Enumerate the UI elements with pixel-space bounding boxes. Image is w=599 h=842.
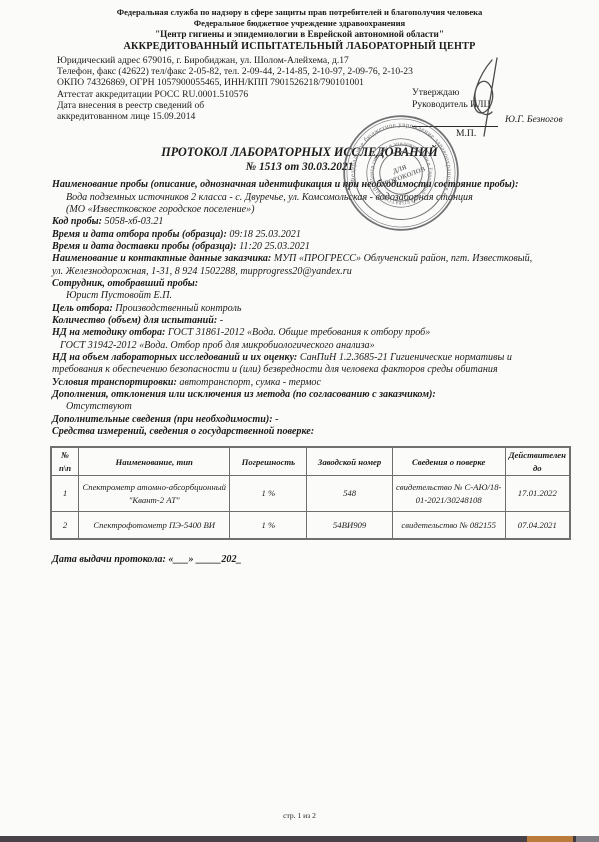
sampling-time-label: Время и дата отбора пробы (образца): [52,229,227,240]
col-verification: Сведения о поверке [392,447,505,475]
nd-sampling-label: НД на методику отбора: [52,327,165,338]
table-header-row: № п\п Наименование, тип Погрешность Заво… [51,447,570,475]
col-num: № п\п [51,447,78,475]
employee-value: Юрист Пустовойт Е.П. [52,290,571,302]
field-sampling-time: Время и дата отбора пробы (образца): 09:… [52,229,571,241]
sample-code-value: 5058-хб-03.21 [105,216,164,227]
letterhead-line3: "Центр гигиены и эпидемиологии в Еврейск… [0,29,599,40]
delivery-time-value: 11:20 25.03.2021 [239,241,310,252]
cell-serial: 548 [307,476,392,512]
field-customer: Наименование и контактные данные заказчи… [52,253,571,265]
field-additions: Дополнения, отклонения или исключения из… [52,389,571,401]
letterhead-line1: Федеральная служба по надзору в сфере за… [0,0,599,18]
instruments-caption: Средства измерений, сведения о государст… [52,426,571,438]
quantity-value: - [220,315,223,326]
nd-scope-label: НД на объем лабораторных исследований и … [52,352,297,363]
customer-value1: МУП «ПРОГРЕСС» Облученский район, пгт. И… [274,253,532,264]
nd-scope-value1: СанПиН 1.2.3685-21 Гигиенические нормати… [300,352,512,363]
protocol-title: ПРОТОКОЛ ЛАБОРАТОРНЫХ ИССЛЕДОВАНИЙ № 151… [0,146,599,174]
cell-name: Спектрофотометр ПЭ-5400 ВИ [78,512,229,539]
document-page: Федеральная служба по надзору в сфере за… [0,0,599,842]
transport-label: Условия транспортировки: [52,377,177,388]
field-quantity: Количество (объем) для испытаний: - [52,315,571,327]
cell-num: 2 [51,512,78,539]
field-purpose: Цель отбора: Производственный контроль [52,303,571,315]
letterhead-line2: Федеральное бюджетное учреждение здравоо… [0,18,599,29]
nd-sampling-value2: ГОСТ 31942-2012 «Вода. Отбор проб для ми… [52,340,571,352]
issue-date-label: Дата выдачи протокола: [52,554,166,565]
cell-name: Спектрометр атомно-абсорбционный "Квант-… [78,476,229,512]
col-name: Наименование, тип [78,447,229,475]
cell-error: 1 % [230,476,307,512]
issue-date-line: Дата выдачи протокола: «___» _____202_ [52,554,571,566]
cell-num: 1 [51,476,78,512]
cell-verification: свидетельство № С-АЮ/18-01-2021/30248108 [392,476,505,512]
field-employee: Сотрудник, отобравший пробы: [52,278,571,290]
additions-label: Дополнения, отклонения или исключения из… [52,389,436,400]
col-valid-until: Действителен до [505,447,570,475]
field-nd-sampling: НД на методику отбора: ГОСТ 31861-2012 «… [52,327,571,339]
table-row: 2 Спектрофотометр ПЭ-5400 ВИ 1 % 54ВИ909… [51,512,570,539]
protocol-body: Наименование пробы (описание, однозначна… [52,179,571,566]
extra-label: Дополнительные сведения (при необходимос… [52,414,278,425]
protocol-number: № 1513 от 30.03.2021 [0,161,599,174]
transport-value: автотранспорт, сумка - термос [179,377,321,388]
letterhead-line4: АККРЕДИТОВАННЫЙ ИСПЫТАТЕЛЬНЫЙ ЛАБОРАТОРН… [0,40,599,52]
cell-valid-until: 17.01.2022 [505,476,570,512]
purpose-label: Цель отбора: [52,303,113,314]
field-delivery-time: Время и дата доставки пробы (образца): 1… [52,241,571,253]
customer-value2: ул. Железнодорожная, 1-31, 8 924 1502288… [52,266,571,278]
delivery-time-label: Время и дата доставки пробы (образца): [52,241,237,252]
cell-verification: свидетельство № 082155 [392,512,505,539]
customer-label: Наименование и контактные данные заказчи… [52,253,271,264]
field-transport: Условия транспортировки: автотранспорт, … [52,377,571,389]
instruments-table: № п\п Наименование, тип Погрешность Заво… [50,446,571,539]
field-sample-name: Наименование пробы (описание, однозначна… [52,179,571,191]
table-row: 1 Спектрометр атомно-абсорбционный "Кван… [51,476,570,512]
signature-stroke [474,60,493,115]
edge-bar-dark-segment [0,836,527,842]
quantity-label: Количество (объем) для испытаний: [52,315,217,326]
field-extra: Дополнительные сведения (при необходимос… [52,414,571,426]
nd-sampling-value1: ГОСТ 31861-2012 «Вода. Общие требования … [168,327,430,338]
sample-name-value2: (МО «Известковское городское поселение») [52,204,571,216]
sampling-time-value: 09:18 25.03.2021 [229,229,301,240]
sample-name-label: Наименование пробы (описание, однозначна… [52,179,518,190]
signature-tail [484,58,497,136]
edge-bar-orange-segment [527,836,573,842]
cell-serial: 54ВИ909 [307,512,392,539]
page-number: стр. 1 из 2 [0,811,599,820]
window-edge-bar [0,836,599,842]
sample-name-value1: Вода подземных источников 2 класса - с. … [52,192,571,204]
handwritten-signature [448,56,548,140]
field-nd-scope: НД на объем лабораторных исследований и … [52,352,571,364]
purpose-value: Производственный контроль [115,303,241,314]
nd-scope-value2: требования к обеспечению безопасности и … [52,364,571,376]
field-sample-code: Код пробы: 5058-хб-03.21 [52,216,571,228]
edge-bar-gray-segment [576,836,599,842]
additions-value: Отсутствуют [52,401,571,413]
col-error: Погрешность [230,447,307,475]
sample-code-label: Код пробы: [52,216,102,227]
col-serial: Заводской номер [307,447,392,475]
protocol-title-line1: ПРОТОКОЛ ЛАБОРАТОРНЫХ ИССЛЕДОВАНИЙ [0,146,599,159]
employee-label: Сотрудник, отобравший пробы: [52,278,198,289]
issue-date-value: «___» _____202_ [168,554,241,565]
cell-error: 1 % [230,512,307,539]
cell-valid-until: 07.04.2021 [505,512,570,539]
